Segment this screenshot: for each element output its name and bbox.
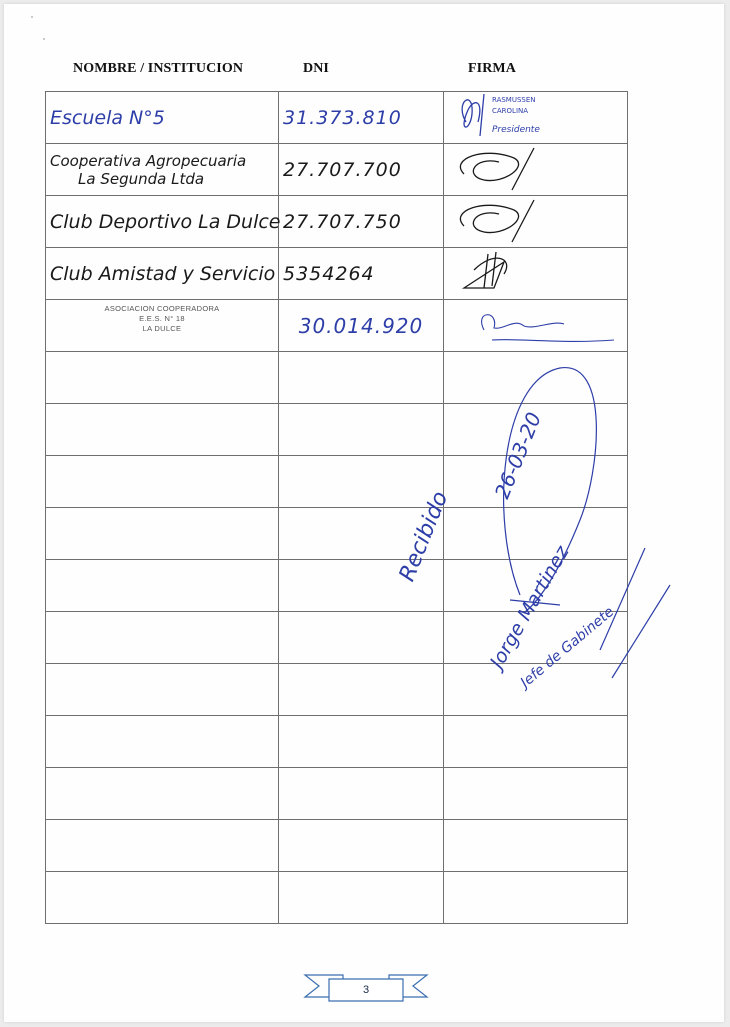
signer-annotation: CAROLINA [492,107,528,116]
signature-cell: RASMUSSENCAROLINAPresidente [444,92,628,144]
table-row: Escuela N°531.373.810RASMUSSENCAROLINAPr… [46,92,628,144]
name-cell [46,508,279,560]
institution-stamp: ASOCIACION COOPERADORAE.E.S. N° 18LA DUL… [46,304,278,334]
institution-name: Club Amistad y Servicio [46,263,278,285]
signature-table: Escuela N°531.373.810RASMUSSENCAROLINAPr… [45,91,628,924]
signature-mark-icon [444,248,628,300]
table-row [46,768,628,820]
dni-cell [279,456,444,508]
dni-cell [279,664,444,716]
dni-cell [279,716,444,768]
signature-cell [444,300,628,352]
signature-cell [444,872,628,924]
signature-mark-icon [444,144,628,196]
dni-cell [279,404,444,456]
column-header-name: NOMBRE / INSTITUCION [73,61,243,77]
name-cell [46,872,279,924]
signature-cell [444,820,628,872]
signature-cell [444,352,628,404]
scan-speck [31,16,33,18]
dni-cell: 30.014.920 [279,300,444,352]
dni-value: 30.014.920 [279,314,443,338]
name-cell: Club Deportivo La Dulce [46,196,279,248]
stamp-line: E.E.S. N° 18 [46,314,278,324]
name-cell [46,664,279,716]
signature-mark-icon [444,92,628,144]
dni-value: 31.373.810 [279,107,402,129]
table-row [46,716,628,768]
name-cell [46,612,279,664]
dni-cell: 31.373.810 [279,92,444,144]
dni-cell: 27.707.700 [279,144,444,196]
institution-name: Escuela N°5 [46,107,278,129]
name-cell [46,820,279,872]
signature-cell [444,404,628,456]
institution-name: Club Deportivo La Dulce [46,211,278,233]
signature-cell [444,196,628,248]
signature-mark-icon [444,196,628,248]
signature-cell [444,560,628,612]
signature-cell [444,716,628,768]
scan-speck [43,38,45,40]
table-row: Cooperativa AgropecuariaLa Segunda Ltda2… [46,144,628,196]
dni-cell [279,560,444,612]
table-row [46,612,628,664]
table-row [46,352,628,404]
name-cell [46,716,279,768]
stamp-line: ASOCIACION COOPERADORA [46,304,278,314]
name-cell [46,560,279,612]
dni-cell [279,352,444,404]
name-cell: Escuela N°5 [46,92,279,144]
dni-cell [279,768,444,820]
dni-value: 27.707.750 [279,211,402,233]
name-cell [46,404,279,456]
table-row [46,404,628,456]
name-cell: ASOCIACION COOPERADORAE.E.S. N° 18LA DUL… [46,300,279,352]
signature-cell [444,508,628,560]
table-row: Club Amistad y Servicio5354264 [46,248,628,300]
name-cell [46,768,279,820]
signature-cell [444,144,628,196]
signature-mark-icon [444,300,628,352]
signature-cell [444,248,628,300]
signature-cell [444,456,628,508]
dni-cell [279,508,444,560]
table-row [46,664,628,716]
institution-name: La Segunda Ltda [46,170,278,188]
column-header-dni: DNI [303,61,329,77]
table-row: ASOCIACION COOPERADORAE.E.S. N° 18LA DUL… [46,300,628,352]
name-cell [46,456,279,508]
page-number-ribbon: 3 [303,971,429,1003]
name-cell: Cooperativa AgropecuariaLa Segunda Ltda [46,144,279,196]
dni-cell [279,612,444,664]
dni-cell: 5354264 [279,248,444,300]
table-row [46,872,628,924]
signer-annotation: Presidente [492,126,540,135]
dni-cell: 27.707.750 [279,196,444,248]
stamp-line: LA DULCE [46,324,278,334]
name-cell [46,352,279,404]
table-row [46,456,628,508]
dni-cell [279,872,444,924]
name-cell: Club Amistad y Servicio [46,248,279,300]
page-number: 3 [303,984,429,996]
column-header-signature: FIRMA [468,61,516,77]
signer-annotation: RASMUSSEN [492,96,536,105]
signature-cell [444,612,628,664]
dni-cell [279,820,444,872]
table-row [46,560,628,612]
table-row [46,820,628,872]
table-row: Club Deportivo La Dulce27.707.750 [46,196,628,248]
signature-cell [444,664,628,716]
signature-cell [444,768,628,820]
dni-value: 27.707.700 [279,159,402,181]
table-row [46,508,628,560]
institution-name: Cooperativa Agropecuaria [46,152,278,170]
dni-value: 5354264 [279,263,375,285]
